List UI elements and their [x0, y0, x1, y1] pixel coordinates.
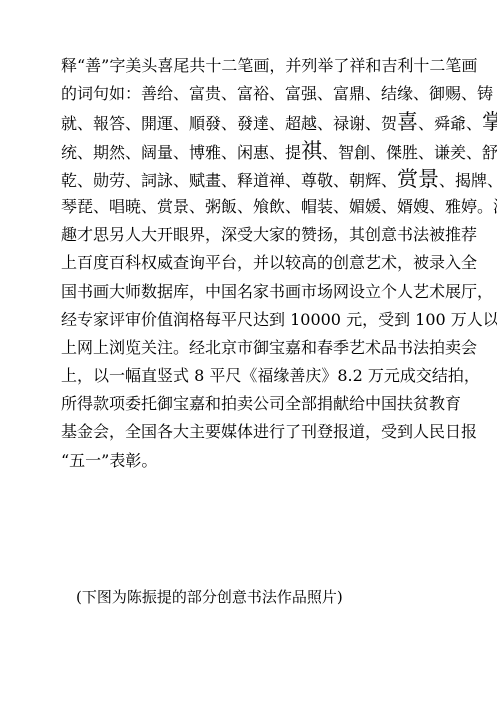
text-line: 就、報答、開運、順發、發達、超越、禄谢、贺喜、舜爺、掌 [61, 108, 438, 136]
text-segment: 经专家评审价值润格每平尺达到 10000 元，受到 100 万人以 [61, 310, 497, 329]
text-segment: 国书画大师数据库，中国名家书画市场网设立个人艺术展厅， [61, 282, 493, 301]
text-segment: 就、報答、開運、順發、發達、超越、禄谢、贺 [61, 114, 397, 133]
text-segment: 所得款项委托御宝嘉和拍卖公司全部捐献给中国扶贫教育 [61, 394, 461, 413]
text-segment: 乾、勋劳、詞詠、赋畫、释道禅、尊敬、朝辉、 [61, 171, 397, 190]
caption: (下图为陈振提的部分创意书法作品照片) [76, 586, 343, 608]
text-line: 释“善”字美头喜尾共十二笔画，并列举了祥和吉利十二笔画 [61, 52, 438, 80]
text-segment: 、揭牌、 [439, 171, 497, 190]
emphasized-character: 掌 [482, 110, 497, 134]
text-segment: 趣才思另人大开眼界，深受大家的赞扬，其创意书法被推荐 [61, 225, 477, 244]
emphasized-character: 赏景 [397, 167, 439, 191]
text-segment: 释“善”字美头喜尾共十二笔画，并列举了祥和吉利十二笔画 [61, 56, 477, 75]
text-line: 统、期然、阔量、博雅、闲惠、提祺、智創、傑胜、谦羑、舒 [61, 137, 438, 165]
text-segment: 基金会，全国各大主要媒体进行了刊登报道，受到人民日报 [61, 422, 477, 441]
document-page: 释“善”字美头喜尾共十二笔画，并列举了祥和吉利十二笔画的词句如：善给、富贵、富裕… [0, 0, 497, 702]
text-segment: 、舜爺、 [418, 114, 482, 133]
text-line: 国书画大师数据库，中国名家书画市场网设立个人艺术展厅， [61, 278, 438, 306]
text-segment: 上，以一幅直竖式 8 平尺《福缘善庆》8.2 万元成交结拍， [61, 366, 480, 385]
text-line: 所得款项委托御宝嘉和拍卖公司全部捐献给中国扶贫教育 [61, 390, 438, 418]
text-line: 趣才思另人大开眼界，深受大家的赞扬，其创意书法被推荐 [61, 221, 438, 249]
text-line: 基金会，全国各大主要媒体进行了刊登报道，受到人民日报 [61, 418, 438, 446]
text-segment: 统、期然、阔量、博雅、闲惠、提 [61, 143, 301, 162]
text-line: 上，以一幅直竖式 8 平尺《福缘善庆》8.2 万元成交结拍， [61, 362, 438, 390]
text-segment: 的词句如：善给、富贵、富裕、富强、富鼎、结缘、御赐、铸 [61, 84, 493, 103]
text-segment: 、智創、傑胜、谦羑、舒 [322, 143, 497, 162]
text-line: “五一”表彰。 [61, 447, 438, 475]
text-line: 乾、勋劳、詞詠、赋畫、释道禅、尊敬、朝辉、赏景、揭牌、 [61, 165, 438, 193]
text-line: 上百度百科权威查询平台，并以较高的创意艺术，被录入全 [61, 249, 438, 277]
text-segment: 上百度百科权威查询平台，并以较高的创意艺术，被录入全 [61, 253, 477, 272]
text-line: 经专家评审价值润格每平尺达到 10000 元，受到 100 万人以 [61, 306, 438, 334]
text-segment: 上网上浏览关注。经北京市御宝嘉和春季艺术品书法拍卖会 [61, 338, 477, 357]
text-segment: “五一”表彰。 [61, 451, 157, 470]
text-line: 的词句如：善给、富贵、富裕、富强、富鼎、结缘、御赐、铸 [61, 80, 438, 108]
text-segment: 琴琵、唱暁、赏景、粥飯、飧飲、帽装、媚媛、婿嫂、雅婷。清 [61, 197, 497, 216]
emphasized-character: 祺 [301, 139, 322, 163]
text-line: 琴琵、唱暁、赏景、粥飯、飧飲、帽装、媚媛、婿嫂、雅婷。清 [61, 193, 438, 221]
body-paragraph: 释“善”字美头喜尾共十二笔画，并列举了祥和吉利十二笔画的词句如：善给、富贵、富裕… [61, 52, 438, 475]
text-line: 上网上浏览关注。经北京市御宝嘉和春季艺术品书法拍卖会 [61, 334, 438, 362]
emphasized-character: 喜 [397, 110, 418, 134]
